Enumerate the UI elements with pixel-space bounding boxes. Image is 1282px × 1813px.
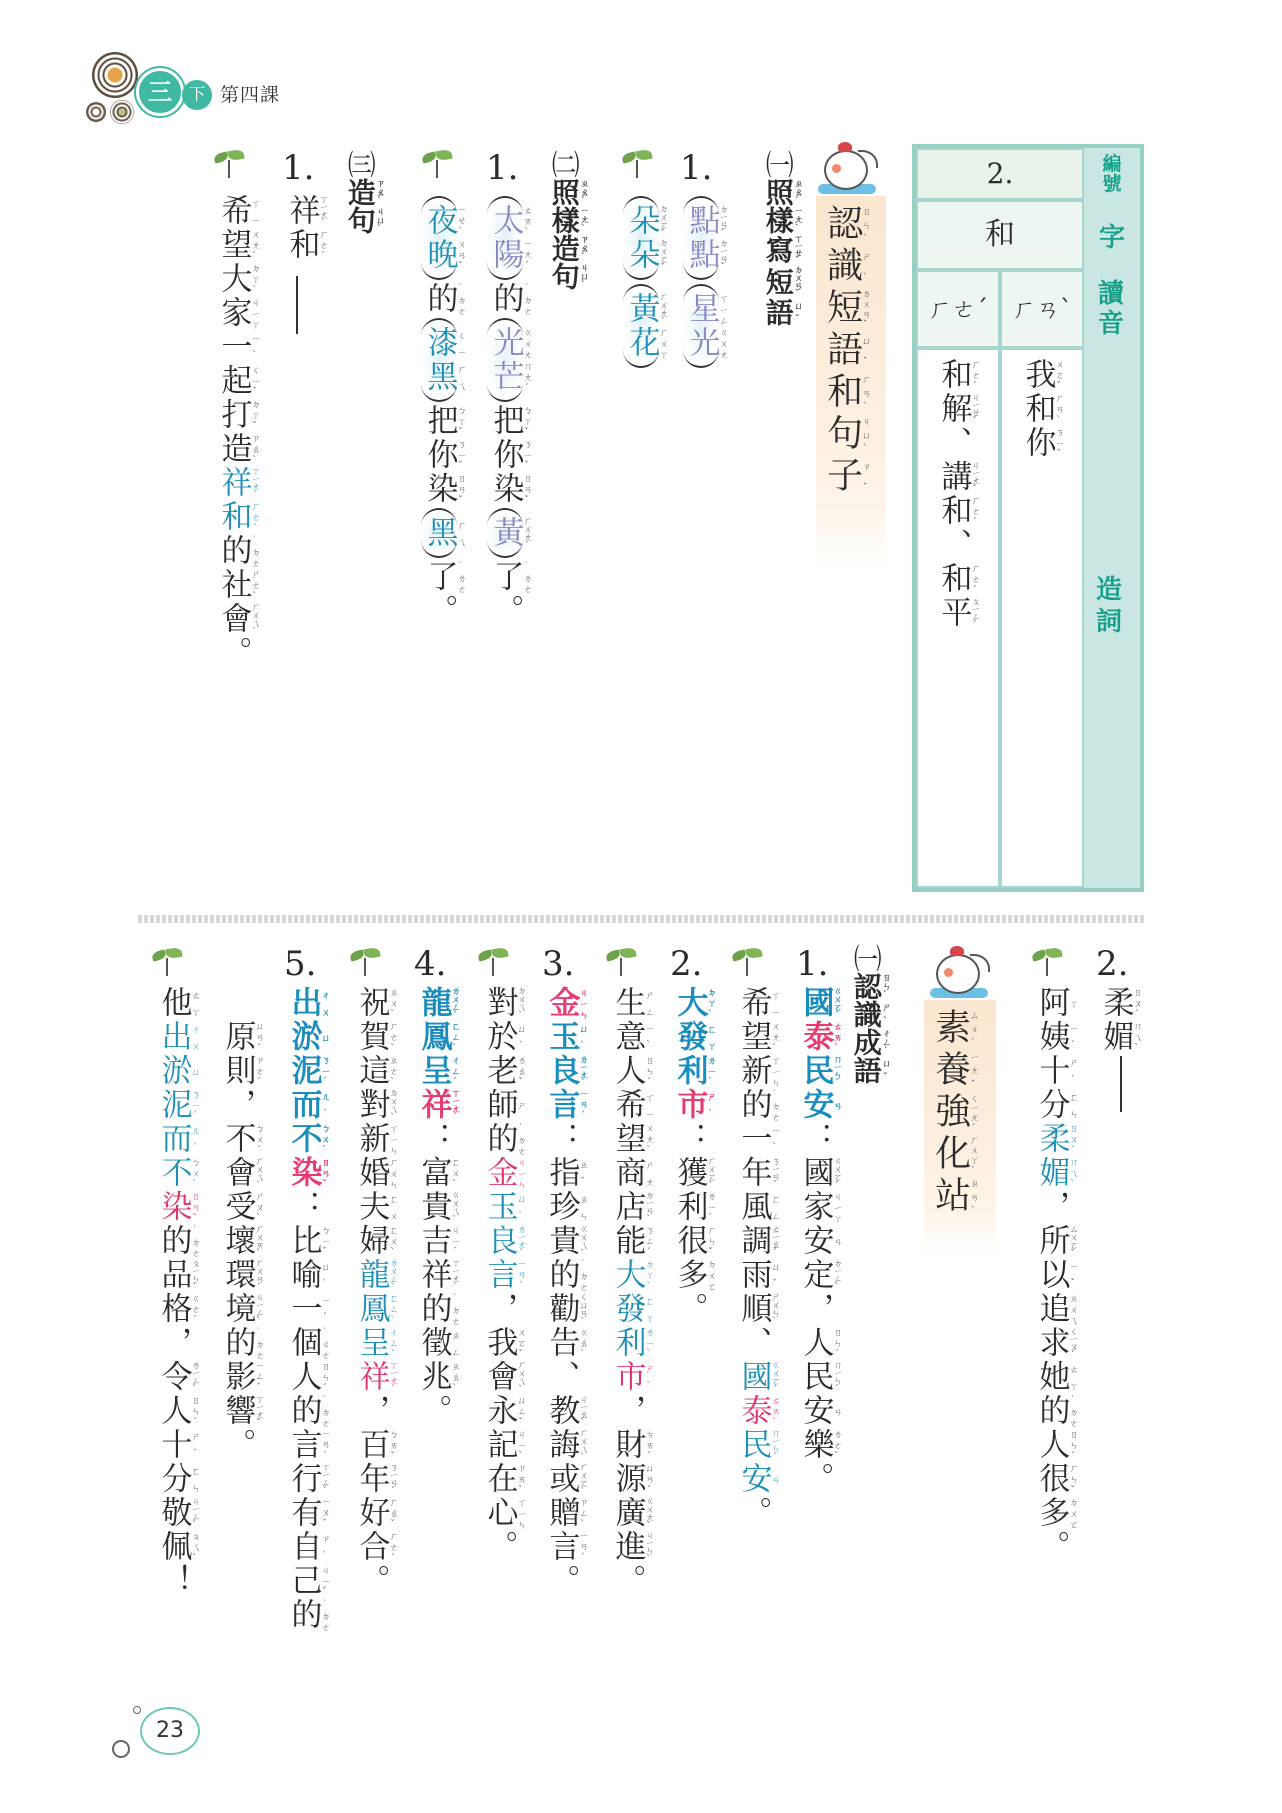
part2-answer: 夜ㄧㄝˋ晚ㄨㄢˇ的˙ㄉㄜ漆ㄑㄧ黑ㄏㄟ把ㄅㄚˇ你ㄋㄧˇ染ㄖㄢˇ黑ㄏㄟ了˙ㄌㄜ。 xyxy=(422,194,465,628)
char: 雨ㄩˇ xyxy=(735,1258,771,1292)
char: 希ㄒㄧ xyxy=(735,986,771,1020)
words-han: 我ㄨㄛˇ和ㄏㄢˋ你ㄋㄧˇ xyxy=(1020,358,1063,460)
char: 國ㄍㄨㄛˊ xyxy=(797,986,833,1020)
part2-heading: ㈡照ㄓㄠˋ樣ㄧㄤˋ造ㄗㄠˋ句ㄐㄩˋ xyxy=(548,150,588,290)
char: 廣ㄍㄨㄤˇ xyxy=(609,1496,645,1530)
char: 你ㄋㄧˇ xyxy=(487,438,523,472)
char: 家ㄐㄧㄚ xyxy=(797,1190,833,1224)
chicken-mascot-icon xyxy=(818,140,878,196)
char: 阿ㄚ xyxy=(1033,986,1069,1020)
char: 子ㄗˇ xyxy=(822,456,863,498)
answer-line xyxy=(1120,1056,1122,1112)
char: 染ㄖㄢˇ xyxy=(487,472,523,506)
char: 泥ㄋㄧˊ xyxy=(285,1054,321,1088)
char: 短ㄉㄨㄢˇ xyxy=(822,288,863,330)
char: 不ㄅㄨˋ xyxy=(155,1156,191,1190)
char: 對ㄉㄨㄟˋ xyxy=(353,1088,389,1122)
char: 市ㄕˋ xyxy=(671,1088,707,1122)
char: 成ㄔㄥˊ xyxy=(850,1028,883,1056)
punctuation: 、 xyxy=(735,1326,771,1360)
part1-heading: ㈠照ㄓㄠˋ樣ㄧㄤˋ寫ㄒㄧㄝˇ短ㄉㄨㄢˇ語ㄩˇ xyxy=(762,150,802,326)
char: 一ㄧˊ xyxy=(285,1292,321,1326)
punctuation: ： xyxy=(671,1122,707,1156)
char: 自ㄗˋ xyxy=(285,1530,321,1564)
punctuation: 。 xyxy=(219,1428,255,1462)
sprout-icon xyxy=(1030,948,1064,978)
char: 的˙ㄉㄜ xyxy=(219,1326,255,1360)
char: 分ㄈㄣ xyxy=(1033,1088,1069,1122)
char: 貴ㄍㄨㄟˋ xyxy=(543,1224,579,1258)
char: 意ㄧˋ xyxy=(609,1020,645,1054)
punctuation: ， xyxy=(1033,1190,1069,1224)
punctuation: ， xyxy=(219,1088,255,1122)
reading-han: ㄏㄢˋ xyxy=(1000,270,1084,348)
char: 新ㄒㄧㄣ xyxy=(353,1122,389,1156)
char: 獲ㄏㄨㄛˋ xyxy=(671,1156,707,1190)
char: 大ㄉㄚˋ xyxy=(671,986,707,1020)
part3-item2-number: 2. xyxy=(1096,944,1128,984)
char: 教ㄐㄧㄠˋ xyxy=(543,1394,579,1428)
char: 國ㄍㄨㄛˊ xyxy=(797,1156,833,1190)
char: 朵ㄉㄨㄛˇ xyxy=(623,238,659,272)
char: 多ㄉㄨㄛ xyxy=(1033,1496,1069,1530)
section1-title: 認ㄖㄣˋ識ㄕˋ短ㄉㄨㄢˇ語ㄩˇ和ㄏㄢˋ句ㄐㄩˋ子ㄗˇ xyxy=(822,204,870,498)
char: 祥ㄒㄧㄤˊ xyxy=(215,466,251,500)
char: 染ㄖㄢˇ xyxy=(285,1156,321,1190)
char: 造ㄗㄠˋ xyxy=(548,234,581,262)
char: 利ㄌㄧˋ xyxy=(671,1190,707,1224)
idiom-entry: 金ㄐㄧㄣ玉ㄩˋ良ㄌㄧㄤˊ言ㄧㄢˊ：指ㄓˇ珍ㄓㄣ貴ㄍㄨㄟˋ的˙ㄉㄜ勸ㄑㄩㄢˋ告ㄍㄠ… xyxy=(544,986,587,1598)
char: 淤ㄩ xyxy=(285,1020,321,1054)
char: 個˙ㄍㄜ xyxy=(285,1326,321,1360)
table-number: 2. xyxy=(916,148,1084,200)
char: 的˙ㄉㄜ xyxy=(285,1394,321,1428)
char: 求ㄑㄧㄡˊ xyxy=(1033,1326,1069,1360)
section-divider xyxy=(138,915,1146,923)
char: 造ㄗㄠˋ xyxy=(344,178,377,206)
punctuation: 。 xyxy=(671,1292,707,1326)
char: 望ㄨㄤˋ xyxy=(609,1122,645,1156)
char: 好ㄏㄠˇ xyxy=(353,1496,389,1530)
punctuation: ： xyxy=(415,1122,451,1156)
char: 風ㄈㄥ xyxy=(735,1190,771,1224)
flower-icon xyxy=(86,102,106,122)
char: 很ㄏㄣˇ xyxy=(671,1224,707,1258)
char: 多ㄉㄨㄛ xyxy=(671,1258,707,1292)
page-number: 23 xyxy=(140,1707,200,1755)
idiom-number: 2. xyxy=(670,944,702,984)
punctuation: 、 xyxy=(543,1360,579,1394)
char: 佩ㄆㄟˋ xyxy=(155,1530,191,1564)
char: 良ㄌㄧㄤˊ xyxy=(481,1224,517,1258)
idiom-entry: 龍ㄌㄨㄥˊ鳳ㄈㄥˋ呈ㄔㄥˊ祥ㄒㄧㄤˊ：富ㄈㄨˋ貴ㄍㄨㄟˋ吉ㄐㄧˊ祥ㄒㄧㄤˊ的˙ㄉ… xyxy=(416,986,459,1428)
char: 源ㄩㄢˊ xyxy=(609,1462,645,1496)
char: 調ㄊㄧㄠˊ xyxy=(735,1224,771,1258)
char: 和ㄏㄜˊ xyxy=(935,358,971,392)
char: 富ㄈㄨˋ xyxy=(415,1156,451,1190)
char: 喻ㄩˋ xyxy=(285,1258,321,1292)
punctuation: 。 xyxy=(543,1564,579,1598)
char: 和ㄏㄜˊ xyxy=(935,562,971,596)
part1-answer: 朵ㄉㄨㄛˇ朵ㄉㄨㄛˇ黃ㄏㄨㄤˊ花ㄏㄨㄚ xyxy=(624,194,667,370)
sprout-icon xyxy=(604,948,638,978)
char: 語ㄩˇ xyxy=(822,330,863,372)
char: 芒ㄇㄤˊ xyxy=(487,360,523,394)
idiom-heading-num: ㈠ xyxy=(850,944,883,972)
header-char: 字 xyxy=(1084,200,1140,270)
char: 的˙ㄉㄜ xyxy=(285,1598,321,1632)
sprout-icon xyxy=(730,948,764,978)
punctuation: 。 xyxy=(797,1462,833,1496)
char: 言ㄧㄢˊ xyxy=(543,1088,579,1122)
char: 光ㄍㄨㄤ xyxy=(683,326,719,360)
char: 我ㄨㄛˇ xyxy=(1019,358,1055,392)
char: 勸ㄑㄩㄢˋ xyxy=(543,1292,579,1326)
char: 玉ㄩˋ xyxy=(481,1190,517,1224)
grade-badge: 三 xyxy=(136,68,184,116)
char: 民ㄇㄧㄣˊ xyxy=(735,1428,771,1462)
char: 婚ㄏㄨㄣ xyxy=(353,1156,389,1190)
char: 強ㄑㄧㄤˊ xyxy=(930,1092,971,1134)
char: 比ㄅㄧˇ xyxy=(285,1224,321,1258)
part2-item-number: 1. xyxy=(486,148,518,188)
term-badge: 下 xyxy=(182,80,212,110)
char: 響ㄒㄧㄤˇ xyxy=(219,1394,255,1428)
char: 老ㄌㄠˇ xyxy=(481,1054,517,1088)
char: 會ㄏㄨㄟˋ xyxy=(219,1156,255,1190)
punctuation: ， xyxy=(481,1292,517,1326)
punctuation: ： xyxy=(543,1122,579,1156)
char: 國ㄍㄨㄛˊ xyxy=(735,1360,771,1394)
char: 講ㄐㄧㄤˇ xyxy=(935,460,971,494)
char: 黑ㄏㄟ xyxy=(421,360,457,394)
char: 店ㄉㄧㄢˋ xyxy=(609,1190,645,1224)
char: 發ㄈㄚ xyxy=(671,1020,707,1054)
char: 安ㄢ xyxy=(797,1394,833,1428)
char: 朵ㄉㄨㄛˇ xyxy=(623,204,659,238)
char: 黃ㄏㄨㄤˊ xyxy=(623,292,659,326)
sprout-icon xyxy=(212,150,246,180)
char: 珍ㄓㄣ xyxy=(543,1190,579,1224)
char: 贈ㄗㄥˋ xyxy=(543,1496,579,1530)
part3-item2-sentence: 阿ㄚ姨ㄧˊ十ㄕˊ分ㄈㄣ柔ㄖㄡˊ媚ㄇㄟˋ，所ㄙㄨㄛˇ以ㄧˇ追ㄓㄨㄟ求ㄑㄧㄡˊ她ㄊㄚ… xyxy=(1034,986,1077,1564)
words-he-cell: 和ㄏㄜˊ解ㄐㄧㄝˇ、講ㄐㄧㄤˇ和ㄏㄜˊ、和ㄏㄜˊ平ㄆㄧㄥˊ xyxy=(916,348,1000,888)
char: 打ㄉㄚˇ xyxy=(215,398,251,432)
section2-banner: 素ㄙㄨˋ養ㄧㄤˇ強ㄑㄧㄤˊ化ㄏㄨㄚˋ站ㄓㄢˋ xyxy=(924,1000,996,1256)
part3-item2-word: 柔ㄖㄡˊ媚ㄇㄟˋ xyxy=(1098,986,1141,1054)
char: 染ㄖㄢˇ xyxy=(421,472,457,506)
char: 把ㄅㄚˇ xyxy=(421,404,457,438)
char: 不ㄅㄨˋ xyxy=(285,1122,321,1156)
char: 祝ㄓㄨˋ xyxy=(353,986,389,1020)
punctuation: ， xyxy=(609,1394,645,1428)
char: 而ㄦˊ xyxy=(285,1088,321,1122)
header-words-label: 造詞 xyxy=(1096,574,1124,638)
char: 柔ㄖㄡˊ xyxy=(1033,1122,1069,1156)
char: 的˙ㄉㄜ xyxy=(215,534,251,568)
char: 分ㄈㄣ xyxy=(155,1462,191,1496)
char: 生ㄕㄥ xyxy=(609,986,645,1020)
char: 原ㄩㄢˊ xyxy=(219,1020,255,1054)
char: 的˙ㄉㄜ xyxy=(735,1088,771,1122)
char: 黑ㄏㄟ xyxy=(421,516,457,550)
char: 年ㄋㄧㄢˊ xyxy=(735,1156,771,1190)
char: 玉ㄩˋ xyxy=(543,1020,579,1054)
char: 媚ㄇㄟˋ xyxy=(1097,1020,1133,1054)
char: 夜ㄧㄝˋ xyxy=(421,204,457,238)
header-words: 造詞 xyxy=(1084,348,1140,888)
char: 光ㄍㄨㄤ xyxy=(487,326,523,360)
header-pronunciation: 讀音 xyxy=(1084,270,1140,348)
char: 合ㄏㄜˊ xyxy=(353,1530,389,1564)
char: 一ㄧˋ xyxy=(735,1122,771,1156)
char: 和ㄏㄜˊ xyxy=(935,494,971,528)
lesson-header: 三 下 第四課 xyxy=(84,50,324,130)
idiom-number: 1. xyxy=(796,944,828,984)
char: 百ㄅㄞˇ xyxy=(353,1428,389,1462)
char: 和ㄏㄢˋ xyxy=(822,372,863,414)
idiom-entry: 大ㄉㄚˋ發ㄈㄚ利ㄌㄧˋ市ㄕˋ：獲ㄏㄨㄛˋ利ㄌㄧˋ很ㄏㄣˇ多ㄉㄨㄛ。 xyxy=(672,986,715,1326)
character-table: 編號 字 讀音 造詞 2. 和 ㄏㄢˋ ㄏㄜˊ 我ㄨㄛˇ和ㄏㄢˋ你ㄋㄧˇ 和ㄏㄜ… xyxy=(912,144,1144,892)
char: 人ㄖㄣˊ xyxy=(285,1360,321,1394)
part3-item1-word: 祥ㄒㄧㄤˊ和ㄏㄜˊ xyxy=(284,194,327,262)
flower-icon xyxy=(110,100,134,124)
char: 起ㄑㄧˇ xyxy=(215,364,251,398)
char: 商ㄕㄤ xyxy=(609,1156,645,1190)
char: 影ㄧㄥˇ xyxy=(219,1360,255,1394)
char: 和ㄏㄢˋ xyxy=(1019,392,1055,426)
punctuation: 。 xyxy=(415,1394,451,1428)
char: 解ㄐㄧㄝˇ xyxy=(935,392,971,426)
char: 平ㄆㄧㄥˊ xyxy=(935,596,971,630)
char: 樣ㄧㄤˋ xyxy=(762,206,795,234)
char: 安ㄢ xyxy=(797,1088,833,1122)
char: 記ㄐㄧˋ xyxy=(481,1428,517,1462)
char: 年ㄋㄧㄢˊ xyxy=(353,1462,389,1496)
char: 吉ㄐㄧˊ xyxy=(415,1224,451,1258)
char: 點ㄉㄧㄢˇ xyxy=(683,204,719,238)
chicken-mascot-icon xyxy=(930,944,990,1000)
char: 漆ㄑㄧ xyxy=(421,326,457,360)
char: 你ㄋㄧˇ xyxy=(1019,426,1055,460)
char: 星ㄒㄧㄥ xyxy=(683,292,719,326)
sprout-icon xyxy=(476,948,510,978)
sprout-icon xyxy=(150,948,184,978)
char: 兆ㄓㄠˋ xyxy=(415,1360,451,1394)
char: 造ㄗㄠˋ xyxy=(215,432,251,466)
char: 認ㄖㄣˋ xyxy=(850,972,883,1000)
char: 發ㄈㄚ xyxy=(609,1292,645,1326)
char: 金ㄐㄧㄣ xyxy=(481,1156,517,1190)
char: 家ㄐㄧㄚ xyxy=(215,296,251,330)
char: 以ㄧˇ xyxy=(1033,1258,1069,1292)
punctuation: 。 xyxy=(481,1530,517,1564)
char: 誨ㄏㄨㄟˋ xyxy=(543,1428,579,1462)
char: 望ㄨㄤˋ xyxy=(215,228,251,262)
char: 希ㄒㄧ xyxy=(609,1088,645,1122)
punctuation: 。 xyxy=(487,594,523,628)
part2-heading-num: ㈡ xyxy=(548,150,581,178)
char: 告ㄍㄠˋ xyxy=(543,1326,579,1360)
char: 句ㄐㄩˋ xyxy=(822,414,863,456)
char: 夫ㄈㄨ xyxy=(353,1190,389,1224)
char: 社ㄕㄜˋ xyxy=(215,568,251,602)
char: 永ㄩㄥˇ xyxy=(481,1394,517,1428)
reading-he: ㄏㄜˊ xyxy=(916,270,1000,348)
char: 環ㄏㄨㄢˊ xyxy=(219,1258,255,1292)
char: 安ㄢ xyxy=(797,1224,833,1258)
char: 有ㄧㄡˇ xyxy=(285,1496,321,1530)
header-number-label: 編號 xyxy=(1101,154,1123,194)
sprout-icon xyxy=(620,150,654,180)
part1-item-number: 1. xyxy=(680,148,712,188)
char: 我ㄨㄛˇ xyxy=(481,1326,517,1360)
char: 柔ㄖㄡˊ xyxy=(1097,986,1133,1020)
char: 人ㄖㄣˊ xyxy=(609,1054,645,1088)
char: 泥ㄋㄧˊ xyxy=(155,1088,191,1122)
idiom-example: 對ㄉㄨㄟˋ於ㄩˊ老ㄌㄠˇ師ㄕ的˙ㄉㄜ金ㄐㄧㄣ玉ㄩˋ良ㄌㄧㄤˊ言ㄧㄢˊ，我ㄨㄛˇ會… xyxy=(482,986,525,1564)
char: 追ㄓㄨㄟ xyxy=(1033,1292,1069,1326)
char: 的˙ㄉㄜ xyxy=(487,282,523,316)
char: 把ㄅㄚˇ xyxy=(487,404,523,438)
sprout-icon xyxy=(420,150,454,180)
char: 徵ㄓㄥ xyxy=(415,1326,451,1360)
char: 素ㄙㄨˋ xyxy=(930,1008,971,1050)
punctuation: ， xyxy=(353,1394,389,1428)
idiom-example: 生ㄕㄥ意ㄧˋ人ㄖㄣˊ希ㄒㄧ望ㄨㄤˋ商ㄕㄤ店ㄉㄧㄢˋ能ㄋㄥˊ大ㄉㄚˋ發ㄈㄚ利ㄌㄧˋ… xyxy=(610,986,653,1598)
char: 呈ㄔㄥˊ xyxy=(353,1326,389,1360)
punctuation: 。 xyxy=(215,636,251,670)
char: 淤ㄩ xyxy=(155,1054,191,1088)
punctuation: ， xyxy=(155,1326,191,1360)
idiom-number: 5. xyxy=(284,944,316,984)
words-he: 和ㄏㄜˊ解ㄐㄧㄝˇ、講ㄐㄧㄤˇ和ㄏㄜˊ、和ㄏㄜˊ平ㄆㄧㄥˊ xyxy=(936,358,979,630)
idiom-number: 4. xyxy=(414,944,446,984)
char: 鳳ㄈㄥˋ xyxy=(415,1020,451,1054)
char: 良ㄌㄧㄤˊ xyxy=(543,1054,579,1088)
char: 這ㄓㄜˋ xyxy=(353,1054,389,1088)
answer-line xyxy=(296,276,298,334)
idiom-entry: 國ㄍㄨㄛˊ泰ㄊㄞˋ民ㄇㄧㄣˊ安ㄢ：國ㄍㄨㄛˊ家ㄐㄧㄚ安ㄢ定ㄉㄧㄥˋ，人ㄖㄣˊ民ㄇ… xyxy=(798,986,841,1496)
char: 呈ㄔㄥˊ xyxy=(415,1054,451,1088)
punctuation: 、 xyxy=(935,426,971,460)
char: 語ㄩˇ xyxy=(762,298,795,326)
idiom-example: 希ㄒㄧ望ㄨㄤˋ新ㄒㄧㄣ的˙ㄉㄜ一ㄧˋ年ㄋㄧㄢˊ風ㄈㄥ調ㄊㄧㄠˊ雨ㄩˇ順ㄕㄨㄣˋ、… xyxy=(736,986,779,1530)
char: 人ㄖㄣˊ xyxy=(155,1394,191,1428)
char: 祥ㄒㄧㄤˊ xyxy=(283,194,319,228)
punctuation: 。 xyxy=(421,594,457,628)
char: 利ㄌㄧˋ xyxy=(609,1326,645,1360)
char: 黃ㄏㄨㄤˊ xyxy=(487,516,523,550)
char: 壞ㄏㄨㄞˋ xyxy=(219,1224,255,1258)
char: 的˙ㄉㄜ xyxy=(543,1258,579,1292)
idiom-example: 他ㄊㄚ出ㄔㄨ淤ㄩ泥ㄋㄧˊ而ㄦˊ不ㄅㄨˋ染ㄖㄢˇ的˙ㄉㄜ品ㄆㄧㄣˇ格ㄍㄜˊ，令ㄌㄧ… xyxy=(156,986,199,1598)
char: 十ㄕˊ xyxy=(1033,1054,1069,1088)
char: 祥ㄒㄧㄤˊ xyxy=(415,1258,451,1292)
sprout-icon xyxy=(348,948,382,978)
char: 言ㄧㄢˊ xyxy=(285,1428,321,1462)
char: 的˙ㄉㄜ xyxy=(155,1224,191,1258)
char: 短ㄉㄨㄢˇ xyxy=(762,265,795,298)
char: 你ㄋㄧˇ xyxy=(421,438,457,472)
char: 行ㄒㄧㄥˊ xyxy=(285,1462,321,1496)
punctuation: 。 xyxy=(735,1496,771,1530)
table-char: 和 xyxy=(916,200,1084,270)
part3-heading-num: ㈢ xyxy=(344,150,377,178)
lesson-title: 第四課 xyxy=(220,80,280,107)
header-number: 編號 xyxy=(1084,148,1140,200)
char: 和ㄏㄜˊ xyxy=(215,500,251,534)
char: 姨ㄧˊ xyxy=(1033,1020,1069,1054)
punctuation: ： xyxy=(797,1122,833,1156)
char: 指ㄓˇ xyxy=(543,1156,579,1190)
char: 則ㄗㄜˊ xyxy=(219,1054,255,1088)
part3-item1-sentence: 希ㄒㄧ望ㄨㄤˋ大ㄉㄚˋ家ㄐㄧㄚ一ㄧˋ起ㄑㄧˇ打ㄉㄚˇ造ㄗㄠˋ祥ㄒㄧㄤˊ和ㄏㄜˊ的… xyxy=(216,194,259,670)
char: 在ㄗㄞˋ xyxy=(481,1462,517,1496)
idiom-number: 3. xyxy=(542,944,574,984)
char: 站ㄓㄢˋ xyxy=(930,1176,971,1218)
char: 順ㄕㄨㄣˋ xyxy=(735,1292,771,1326)
char: 語ㄩˇ xyxy=(850,1056,883,1084)
char: 了˙ㄌㄜ xyxy=(421,560,457,594)
char: 賀ㄏㄜˋ xyxy=(353,1020,389,1054)
char: 民ㄇㄧㄣˊ xyxy=(797,1360,833,1394)
char: 晚ㄨㄢˇ xyxy=(421,238,457,272)
idiom-entry: 出ㄔㄨ淤ㄩ泥ㄋㄧˊ而ㄦˊ不ㄅㄨˋ染ㄖㄢˇ：比ㄅㄧˇ喻ㄩˋ一ㄧˊ個˙ㄍㄜ人ㄖㄣˊ的… xyxy=(286,986,329,1632)
char: 的˙ㄉㄜ xyxy=(1033,1394,1069,1428)
char: 言ㄧㄢˊ xyxy=(481,1258,517,1292)
char: 的˙ㄉㄜ xyxy=(415,1292,451,1326)
section1-banner: 認ㄖㄣˋ識ㄕˋ短ㄉㄨㄢˇ語ㄩˇ和ㄏㄢˋ句ㄐㄩˋ子ㄗˇ xyxy=(816,196,886,572)
punctuation: ： xyxy=(285,1190,321,1224)
char: 寫ㄒㄧㄝˇ xyxy=(762,234,795,265)
char: 財ㄘㄞˊ xyxy=(609,1428,645,1462)
char: 境ㄐㄧㄥˋ xyxy=(219,1292,255,1326)
bubble-decoration xyxy=(133,1706,141,1714)
char: 民ㄇㄧㄣˊ xyxy=(797,1054,833,1088)
char: 而ㄦˊ xyxy=(155,1122,191,1156)
idiom-meaning-continued: 原ㄩㄢˊ則ㄗㄜˊ，不ㄅㄨˊ會ㄏㄨㄟˋ受ㄕㄡˋ壞ㄏㄨㄞˋ環ㄏㄨㄢˊ境ㄐㄧㄥˋ的˙ㄉ… xyxy=(220,1020,263,1462)
char: 句ㄐㄩˋ xyxy=(548,262,581,290)
char: 會ㄏㄨㄟˋ xyxy=(215,602,251,636)
char: 言ㄧㄢˊ xyxy=(543,1530,579,1564)
char: 大ㄉㄚˋ xyxy=(609,1258,645,1292)
char: 能ㄋㄥˊ xyxy=(609,1224,645,1258)
punctuation: 。 xyxy=(609,1564,645,1598)
char: 望ㄨㄤˋ xyxy=(735,1020,771,1054)
char: 他ㄊㄚ xyxy=(155,986,191,1020)
char: 的˙ㄉㄜ xyxy=(421,282,457,316)
char: 己ㄐㄧˇ xyxy=(285,1564,321,1598)
char: 希ㄒㄧ xyxy=(215,194,251,228)
char: 對ㄉㄨㄟˋ xyxy=(481,986,517,1020)
char: 泰ㄊㄞˋ xyxy=(797,1020,833,1054)
char: 市ㄕˋ xyxy=(609,1360,645,1394)
char: 照ㄓㄠˋ xyxy=(762,178,795,206)
char: 太ㄊㄞˋ xyxy=(487,204,523,238)
char: 樂ㄌㄜˋ xyxy=(797,1428,833,1462)
char: 大ㄉㄚˋ xyxy=(215,262,251,296)
punctuation: 。 xyxy=(353,1564,389,1598)
char: 化ㄏㄨㄚˋ xyxy=(930,1134,971,1176)
char: 陽ㄧㄤˊ xyxy=(487,238,523,272)
char: 的˙ㄉㄜ xyxy=(481,1122,517,1156)
char: 金ㄐㄧㄣ xyxy=(543,986,579,1020)
char: 染ㄖㄢˇ xyxy=(155,1190,191,1224)
char: 點ㄉㄧㄢˇ xyxy=(683,238,719,272)
char: 養ㄧㄤˇ xyxy=(930,1050,971,1092)
char: 格ㄍㄜˊ xyxy=(155,1292,191,1326)
